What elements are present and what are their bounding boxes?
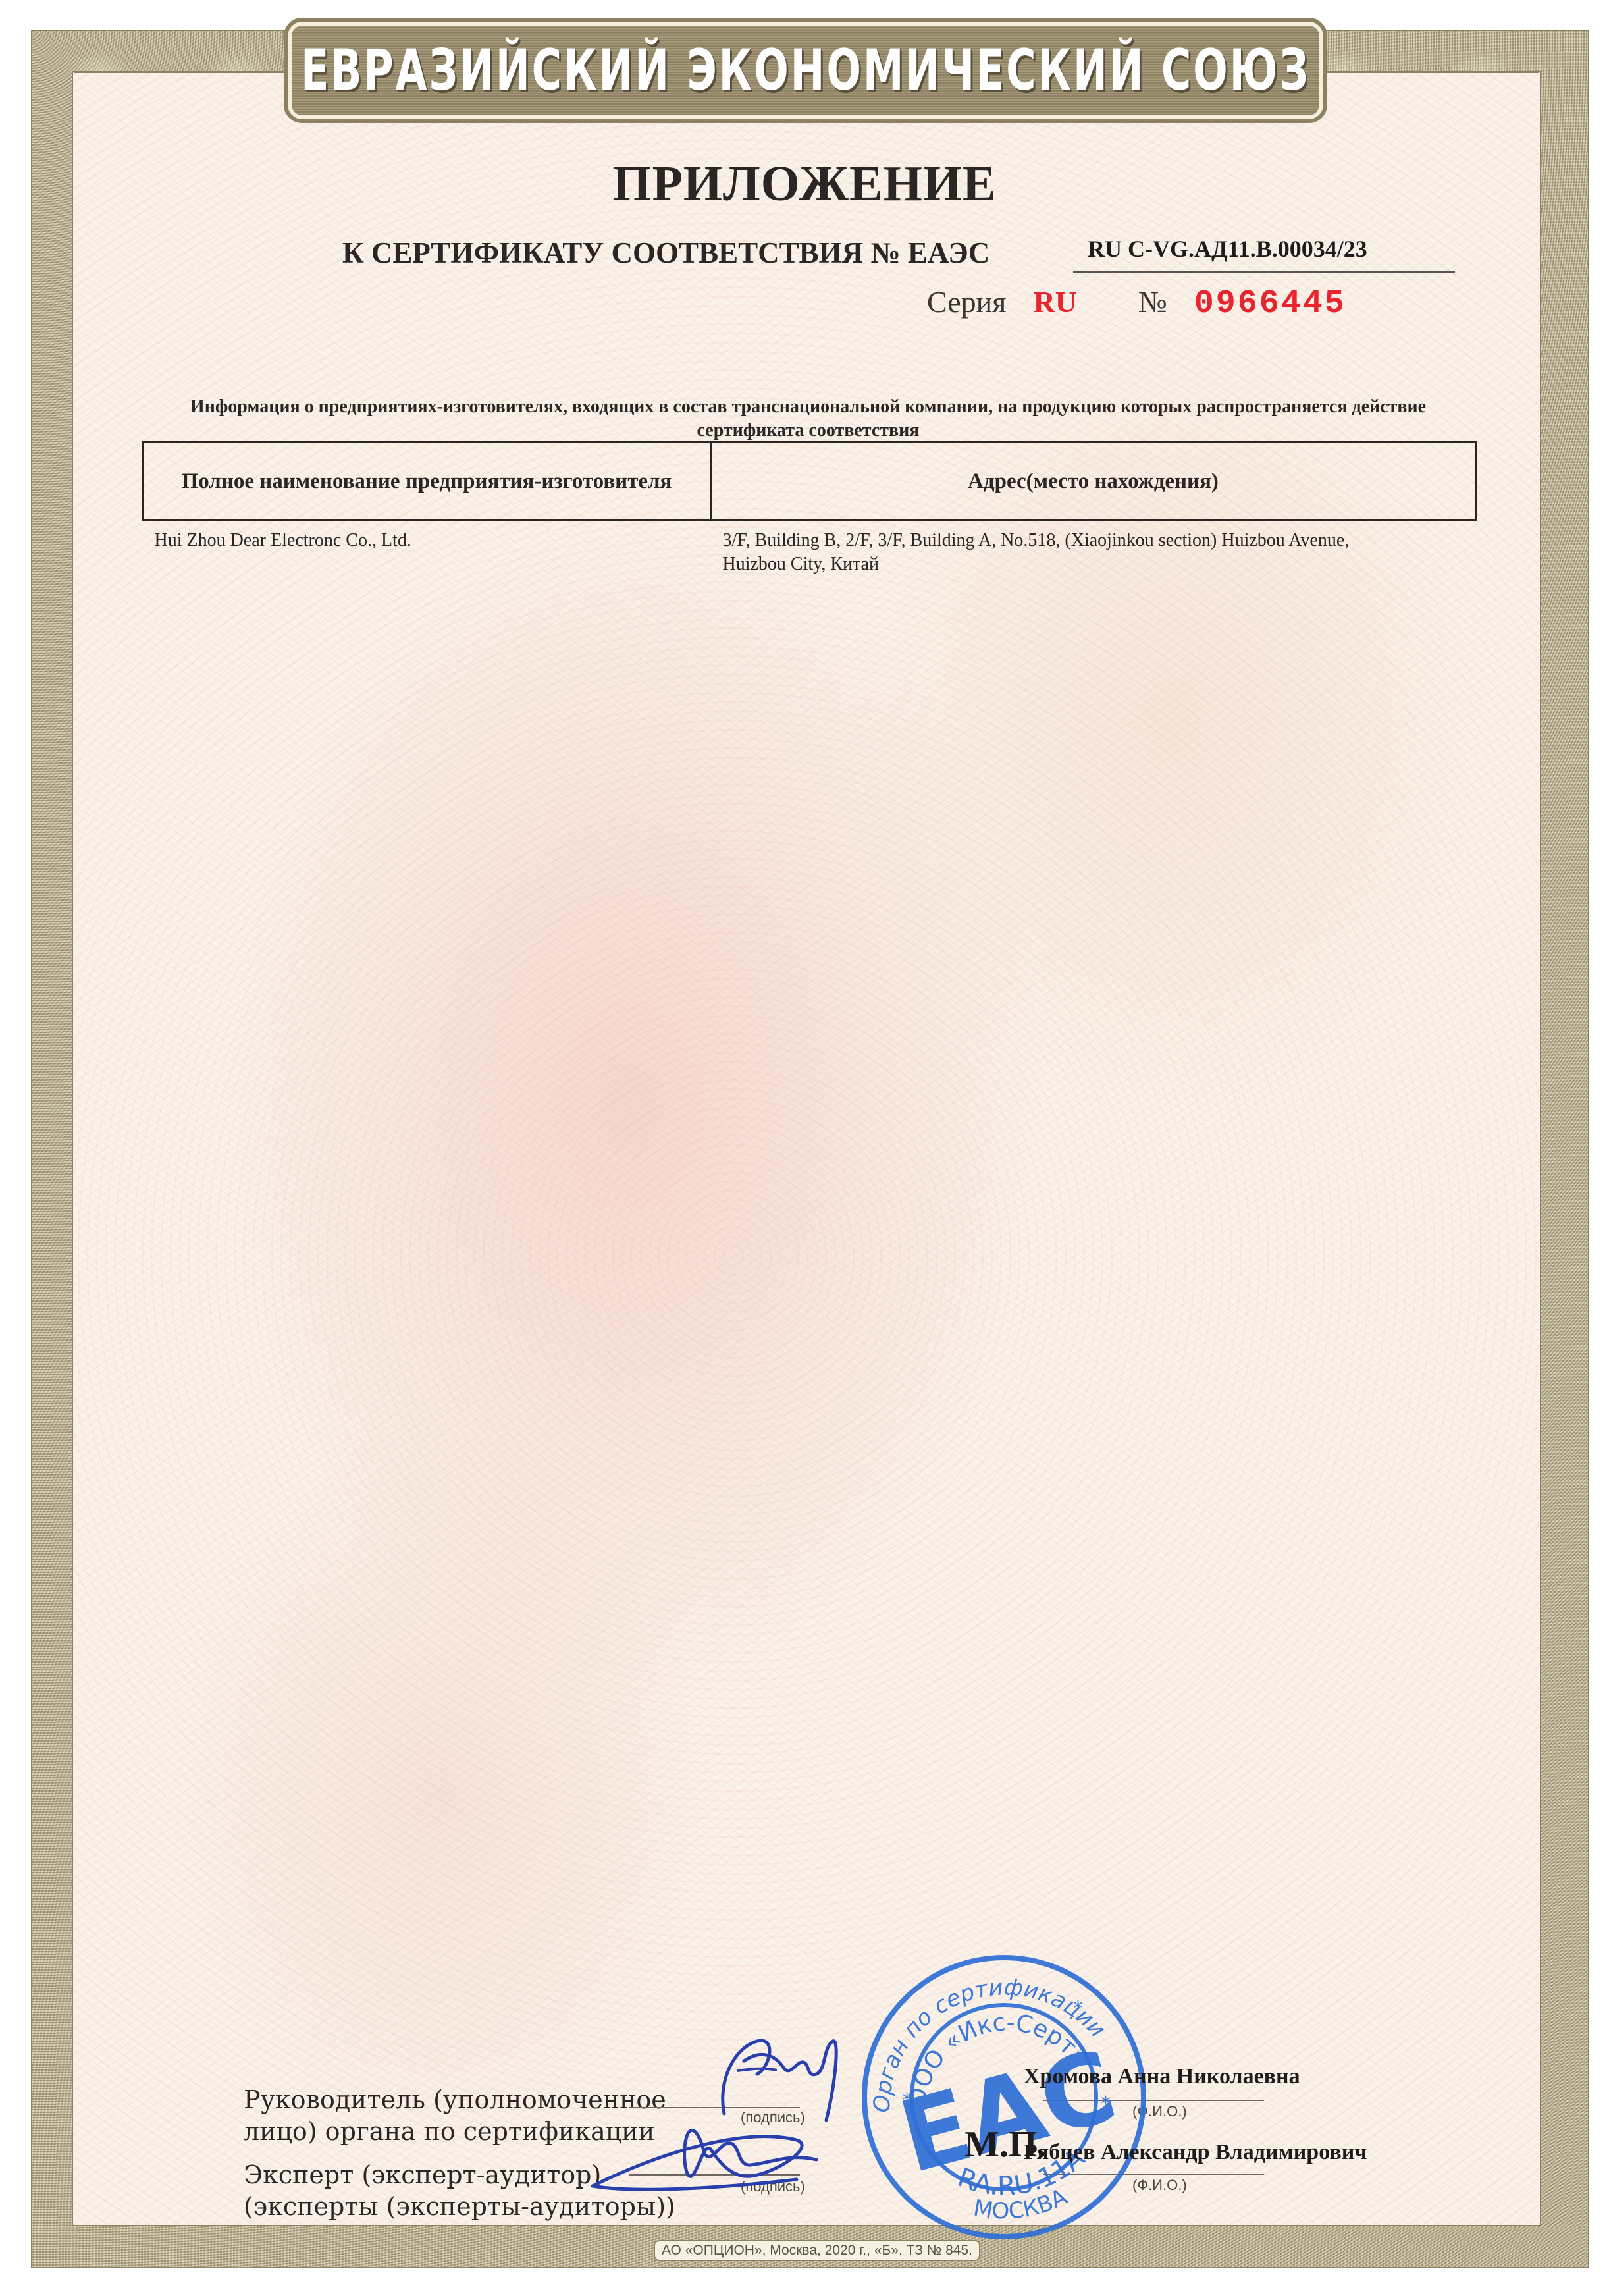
expert-fio: Рябцев Александр Владимирович: [1024, 2140, 1367, 2165]
svg-text:*: *: [1101, 2093, 1111, 2116]
head-signature: [698, 2021, 856, 2127]
certificate-number-underline: [1073, 271, 1455, 273]
series-value: RU: [1033, 285, 1076, 319]
manufacturers-table: Полное наименование предприятия-изготови…: [142, 441, 1477, 576]
svg-text:*: *: [902, 2089, 912, 2112]
series-label: Серия: [927, 285, 1006, 319]
table-header-row: Полное наименование предприятия-изготови…: [143, 442, 1476, 520]
form-number: 0966445: [1194, 285, 1346, 323]
banner-text: ЕВРАЗИЙСКИЙ ЭКОНОМИЧЕСКИЙ СОЮЗ: [301, 38, 1310, 103]
table-row: Hui Zhou Dear Electronc Co., Ltd. 3/F, B…: [143, 520, 1476, 577]
expert-signature: [579, 2114, 830, 2212]
column-header-name: Полное наименование предприятия-изготови…: [143, 442, 711, 520]
svg-text:*: *: [1073, 1997, 1083, 2020]
series-line: Серия RU № 0966445: [927, 284, 1346, 323]
union-banner: ЕВРАЗИЙСКИЙ ЭКОНОМИЧЕСКИЙ СОЮЗ: [288, 22, 1323, 119]
certificate-prefix: К СЕРТИФИКАТУ СООТВЕТСТВИЯ № ЕАЭС: [342, 236, 989, 270]
manufacturer-address: 3/F, Building B, 2/F, 3/F, Building A, N…: [711, 520, 1476, 577]
printer-imprint: АО «ОПЦИОН», Москва, 2020 г., «Б». ТЗ № …: [654, 2240, 980, 2261]
number-label: №: [1138, 285, 1167, 319]
seal-place-mark: М.П.: [964, 2123, 1046, 2166]
column-header-address: Адрес(место нахождения): [711, 442, 1476, 520]
head-fio: Хромова Анна Николаевна: [1024, 2064, 1300, 2089]
manufacturer-name: Hui Zhou Dear Electronc Co., Ltd.: [143, 520, 711, 577]
manufacturers-info-heading: Информация о предприятиях-изготовителях,…: [142, 395, 1475, 442]
page-title: ПРИЛОЖЕНИЕ: [0, 155, 1609, 213]
certification-body-stamp: Орган по сертификации ООО «Икс-Серт» RA.…: [856, 1949, 1152, 2245]
certificate-number: RU C-VG.АД11.В.00034/23: [1088, 235, 1367, 263]
guilloche-background: [72, 71, 1541, 2226]
